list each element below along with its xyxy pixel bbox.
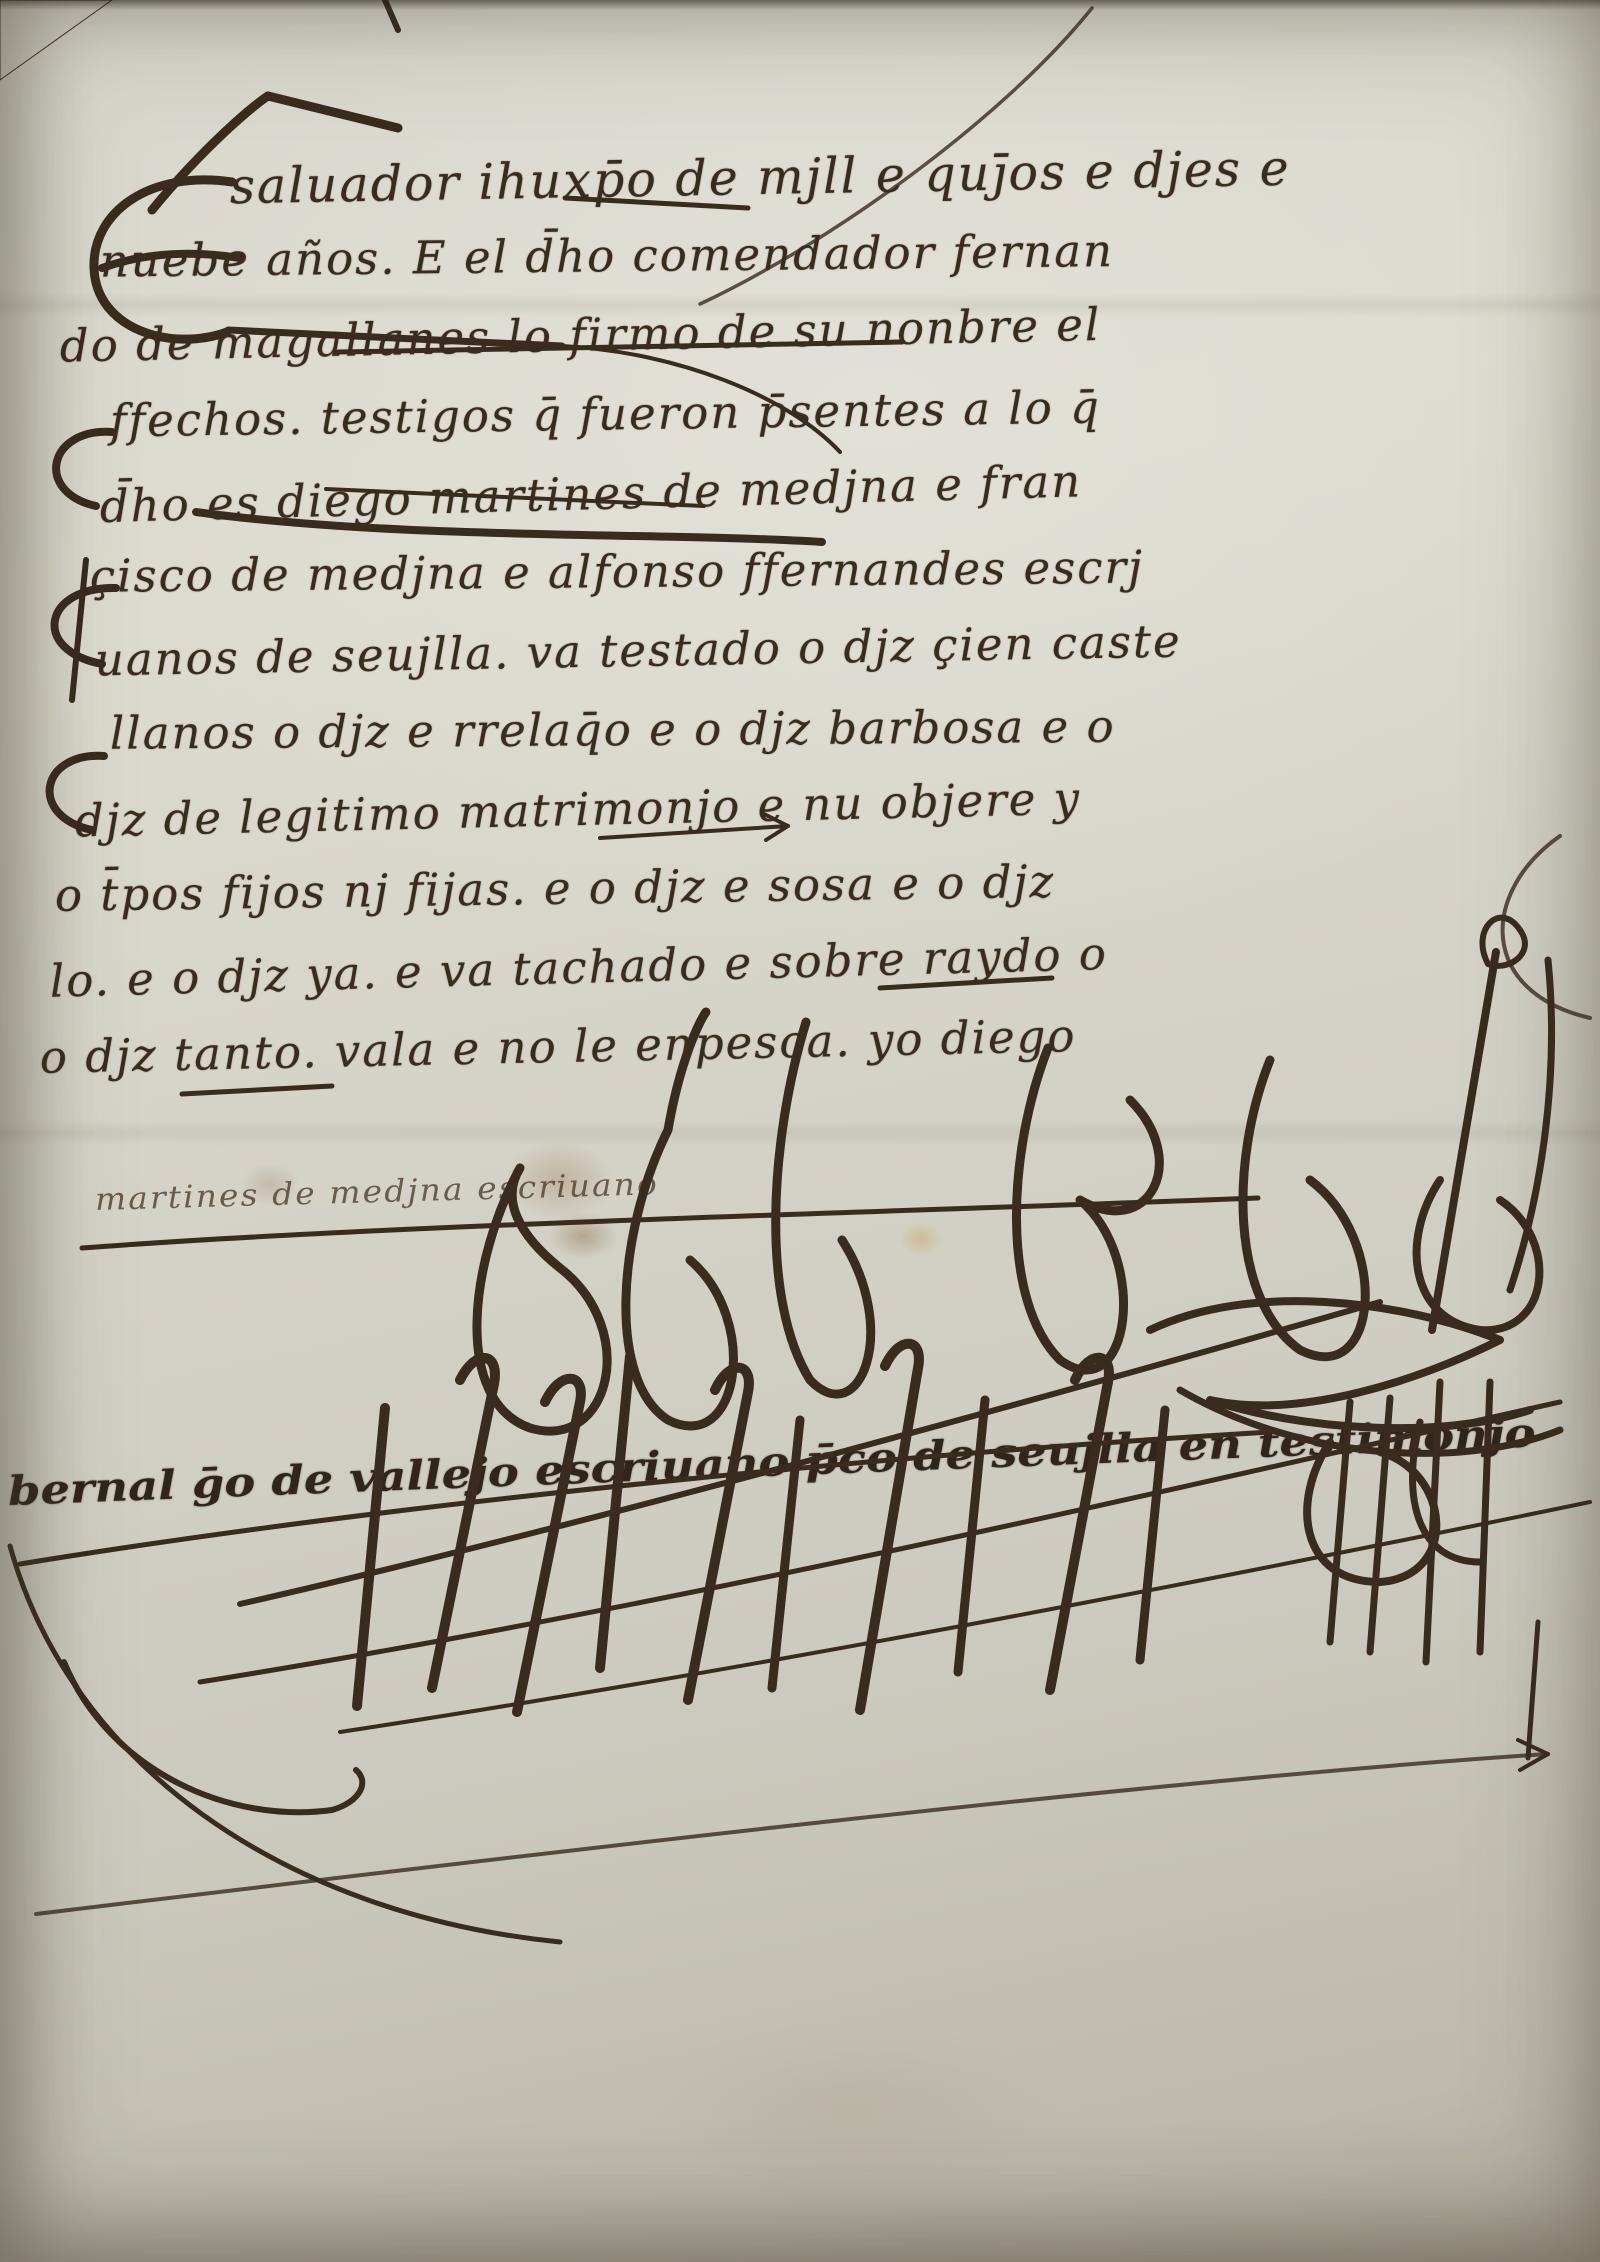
manuscript-line: saluador ihuxp̄o de mjll e quj̄os e djes…	[229, 142, 1175, 237]
lower-margin-strokes	[10, 1546, 1548, 1942]
manuscript-text-block: saluador ihuxp̄o de mjll e quj̄os e djes…	[55, 150, 1175, 1098]
photo-edge	[0, 0, 1600, 10]
ink-stain	[548, 1212, 618, 1260]
notary-subscription-line: bernal ḡo de vallejo escriuano p̄co de …	[7, 1409, 1536, 1515]
ink-stain	[898, 1222, 944, 1256]
manuscript-line: çisco de medjna e alfonso ffernandes esc…	[90, 540, 1176, 628]
foxing-stain	[640, 2020, 1060, 2200]
manuscript-line: uanos de seujlla. va testado o djz çien …	[94, 615, 1175, 713]
struck-attestation-line: martines de medjna escriuano	[94, 1166, 659, 1218]
manuscript-photo: saluador ihuxp̄o de mjll e quj̄os e djes…	[0, 0, 1600, 2262]
paper-crease	[0, 1120, 1600, 1146]
signature-stroke-forest	[20, 1302, 1590, 1732]
